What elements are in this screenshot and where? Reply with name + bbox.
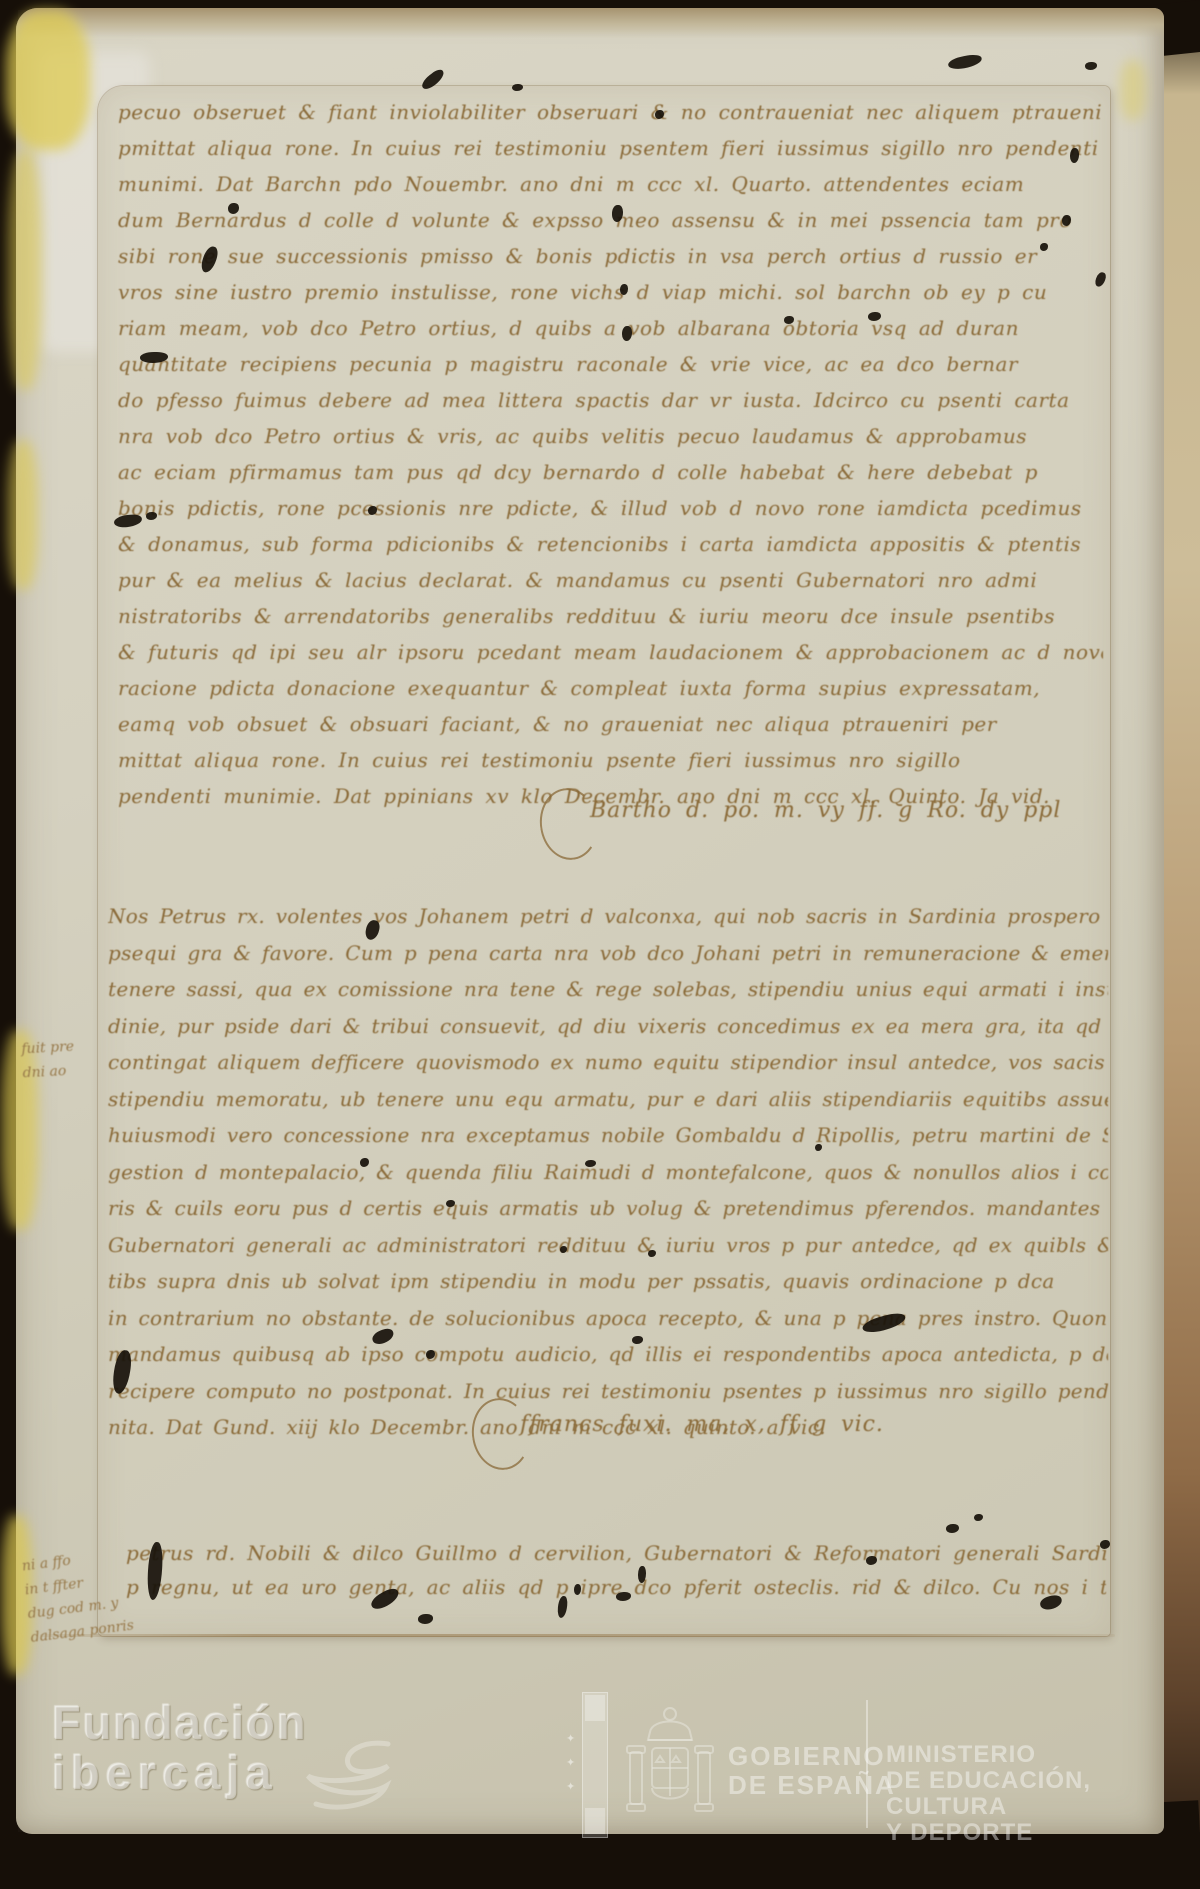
manuscript-line: dinie, pur pside dari & tribui consuevit… bbox=[108, 1008, 1108, 1045]
watermark-gobierno: GOBIERNO DE ESPAÑA bbox=[728, 1742, 896, 1800]
signature-2: ffrancs fuxi. ma, x, ff g vic. bbox=[520, 1412, 884, 1437]
spain-coat-of-arms-icon bbox=[622, 1704, 718, 1838]
ministerio-line-3: Y DEPORTE bbox=[886, 1820, 1200, 1846]
manuscript-line: & futuris qd ipi seu alr ipsoru pcedant … bbox=[118, 634, 1103, 670]
margin-note-1: fuit predni ao bbox=[21, 1035, 76, 1086]
manuscript-line: sibi rone sue successionis pmisso & boni… bbox=[118, 238, 1103, 274]
manuscript-line: quantitate recipiens pecunia p magistru … bbox=[118, 346, 1103, 382]
manuscript-line: nistratoribs & arrendatoribs generalibs … bbox=[118, 598, 1103, 634]
gobierno-line-2: DE ESPAÑA bbox=[728, 1771, 896, 1800]
gobierno-line-1: GOBIERNO bbox=[728, 1742, 896, 1771]
leaf-top-shading bbox=[16, 8, 1164, 38]
manuscript-line: stipendiu memoratu, ub tenere unu equ ar… bbox=[108, 1081, 1108, 1118]
ibercaja-line-2: ibercaja bbox=[52, 1748, 308, 1798]
manuscript-line: bonis pdictis, rone pcessionis nre pdict… bbox=[118, 490, 1103, 526]
manuscript-line: nra vob dco Petro ortius & vris, ac quib… bbox=[118, 418, 1103, 454]
manuscript-line: pecuo obseruet & fiant inviolabiliter ob… bbox=[118, 94, 1103, 130]
spain-flag-icon: ✦ ✦ ✦ bbox=[566, 1692, 610, 1838]
manuscript-line: pur & ea melius & lacius declarat. & man… bbox=[118, 562, 1103, 598]
manuscript-line: mandamus quibusq ab ipso compotu audicio… bbox=[108, 1336, 1108, 1373]
watermark-ministerio: MINISTERIO DE EDUCACIÓN, CULTURA Y DEPOR… bbox=[886, 1742, 1200, 1846]
manuscript-line: in contrarium no obstante. de solucionib… bbox=[108, 1300, 1108, 1337]
manuscript-line: huiusmodi vero concessione nra exceptamu… bbox=[108, 1117, 1108, 1154]
yellow-stain bbox=[8, 150, 42, 390]
manuscript-line: recipere computo no postponat. In cuius … bbox=[108, 1373, 1108, 1410]
manuscript-line: vros sine iustro premio instulisse, rone… bbox=[118, 274, 1103, 310]
manuscript-line: dum Bernardus d colle d volunte & expsso… bbox=[118, 202, 1103, 238]
ministerio-line-1: MINISTERIO bbox=[886, 1742, 1200, 1768]
manuscript-line: Gubernatori generali ac administratori r… bbox=[108, 1227, 1108, 1264]
signature-1: Bartho d. po. m. vy ff. g Ro. dy ppl bbox=[590, 798, 1061, 823]
manuscript-photo: pecuo obseruet & fiant inviolabiliter ob… bbox=[0, 0, 1200, 1889]
manuscript-line: contingat aliquem defficere quovismodo e… bbox=[108, 1044, 1108, 1081]
manuscript-line: ac eciam pfirmamus tam pus qd dcy bernar… bbox=[118, 454, 1103, 490]
manuscript-line: munimi. Dat Barchn pdo Nouembr. ano dni … bbox=[118, 166, 1103, 202]
ibercaja-logo-icon bbox=[292, 1738, 402, 1822]
manuscript-line: psequi gra & favore. Cum p pena carta nr… bbox=[108, 935, 1108, 972]
manuscript-line: dni ao bbox=[22, 1059, 76, 1086]
manuscript-line: tenere sassi, qua ex comissione nra tene… bbox=[108, 971, 1108, 1008]
manuscript-line: Nos Petrus rx. volentes vos Johanem petr… bbox=[108, 898, 1108, 935]
manuscript-line: racione pdicta donacione exequantur & co… bbox=[118, 670, 1103, 706]
manuscript-line: tibs supra dnis ub solvat ipm stipendiu … bbox=[108, 1263, 1108, 1300]
manuscript-line: gestion d montepalacio, & quenda filiu R… bbox=[108, 1154, 1108, 1191]
paragraph-1: pecuo obseruet & fiant inviolabiliter ob… bbox=[118, 94, 1103, 814]
manuscript-line: & donamus, sub forma pdicionibs & retenc… bbox=[118, 526, 1103, 562]
yellow-stain bbox=[6, 10, 90, 150]
paragraph-2: Nos Petrus rx. volentes vos Johanem petr… bbox=[108, 898, 1108, 1446]
manuscript-line: eamq vob obsuet & obsuari faciant, & no … bbox=[118, 706, 1103, 742]
ministerio-line-2: DE EDUCACIÓN, CULTURA bbox=[886, 1768, 1200, 1820]
ibercaja-line-1: Fundación bbox=[52, 1698, 308, 1748]
yellow-stain bbox=[1120, 60, 1146, 120]
manuscript-line: do pfesso fuimus debere ad mea littera s… bbox=[118, 382, 1103, 418]
watermark-fundacion-ibercaja: Fundación ibercaja bbox=[52, 1698, 308, 1798]
manuscript-line: riam meam, vob dco Petro ortius, d quibs… bbox=[118, 310, 1103, 346]
margin-note-2: ni a ffoin t ffterdug cod m. ydalsaga po… bbox=[21, 1542, 136, 1650]
manuscript-line: pmittat aliqua rone. In cuius rei testim… bbox=[118, 130, 1103, 166]
manuscript-line: mittat aliqua rone. In cuius rei testimo… bbox=[118, 742, 1103, 778]
fold-crease bbox=[40, 1634, 1115, 1637]
watermark-divider-line bbox=[866, 1700, 868, 1828]
yellow-stain bbox=[8, 440, 38, 590]
manuscript-line: ris & cuils eoru pus d certis equis arma… bbox=[108, 1190, 1108, 1227]
manuscript-line: petrus rd. Nobili & dilco Guillmo d cerv… bbox=[126, 1536, 1106, 1570]
manuscript-line: fuit pre bbox=[21, 1035, 75, 1062]
